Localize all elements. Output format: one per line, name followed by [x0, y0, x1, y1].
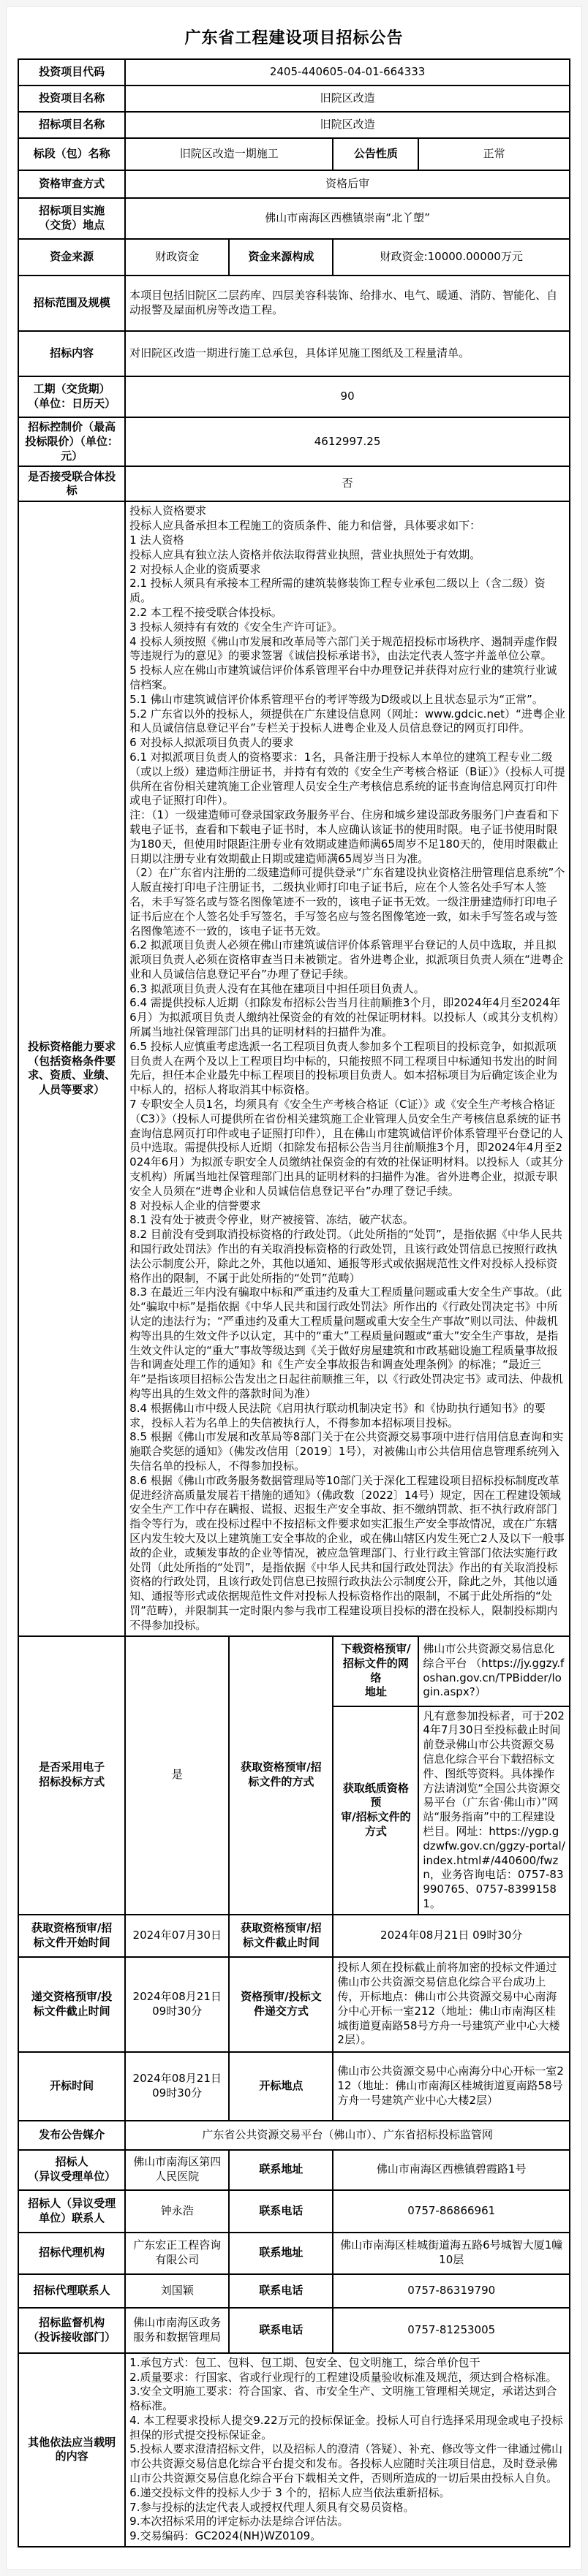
field-label-qualification-requirements: 投标资格能力要求 （包括资格条件要 求、资质、业绩、 人员等要求） — [18, 501, 125, 1635]
field-label-submission-deadline: 递交资格预审/投 标文件截止时间 — [18, 1957, 125, 2052]
field-label-tender-name: 招标项目名称 — [18, 112, 125, 138]
field-label-agency: 招标代理机构 — [18, 2233, 125, 2274]
field-label-obtain-deadline: 获取资格预审/招 标文件截止时间 — [229, 1915, 333, 1957]
field-value-funds-composition: 财政资金:10000.00000万元 — [333, 239, 570, 276]
field-label-tenderer-phone: 联系电话 — [229, 2190, 333, 2233]
row-e-bidding-download: 是否采用电子 招标投标方式 是 获取资格预审/招 标文件的方式 下载资格预审/ … — [18, 1636, 570, 1706]
row-tender-name: 招标项目名称 旧院区改造 — [18, 112, 570, 138]
field-value-tenderer: 佛山市南海区第四 人民医院 — [125, 2150, 229, 2190]
field-label-agency-contact: 招标代理联系人 — [18, 2274, 125, 2308]
field-label-other: 其他依法应当载明 的内容 — [18, 2353, 125, 2547]
field-label-content: 招标内容 — [18, 331, 125, 376]
row-announcement-media: 发布公告媒介 广东省公共资源交易平台（佛山市）、广东省招标投标监管网 — [18, 2121, 570, 2150]
field-label-e-bidding: 是否采用电子 招标投标方式 — [18, 1636, 125, 1915]
row-consortium: 是否接受联合体投 标 否 — [18, 466, 570, 501]
field-label-submission-method: 资格预审/投标文 件递交方式 — [229, 1957, 333, 2052]
field-label-paper-method: 获取纸质资格预 审/招标文件的 方式 — [333, 1706, 418, 1915]
row-location: 招标项目实施 （交货）地点 佛山市南海区西樵镇崇南“北丫塱” — [18, 198, 570, 239]
row-content: 招标内容 对旧院区改造一期进行施工总承包，具体详见施工图纸及工程量清单。 — [18, 331, 570, 376]
row-submission: 递交资格预审/投 标文件截止时间 2024年08月21日 09时30分 资格预审… — [18, 1957, 570, 2052]
field-label-obtain-start: 获取资格预审/招 标文件开始时间 — [18, 1915, 125, 1957]
field-value-investment-name: 旧院区改造 — [125, 86, 570, 112]
field-value-announcement-nature: 正常 — [418, 138, 570, 170]
field-value-paper-method: 凡有意参加投标者，可于2024年7月30日至投标截止时间前登录佛山市公共资源交易… — [418, 1706, 570, 1915]
field-label-announcement-nature: 公告性质 — [333, 138, 418, 170]
field-label-location: 招标项目实施 （交货）地点 — [18, 198, 125, 239]
field-label-investment-name: 投资项目名称 — [18, 86, 125, 112]
field-value-investment-code: 2405-440605-04-01-664333 — [125, 59, 570, 86]
field-value-control-price: 4612997.25 — [125, 417, 570, 466]
field-value-section: 旧院区改造一期施工 — [125, 138, 333, 170]
field-value-obtain-start: 2024年07月30日 — [125, 1915, 229, 1957]
field-label-funds: 资金来源 — [18, 239, 125, 276]
field-value-funds: 财政资金 — [125, 239, 229, 276]
field-label-tenderer-address: 联系地址 — [229, 2150, 333, 2190]
announcement-page: 广东省工程建设项目招标公告 投资项目代码 2405-440605-04-01-6… — [6, 6, 582, 2570]
row-tenderer-contact: 招标人（异议受理 单位）联系人 钟永浩 联系电话 0757-86866961 — [18, 2190, 570, 2233]
row-investment-code: 投资项目代码 2405-440605-04-01-664333 — [18, 59, 570, 86]
row-control-price: 招标控制价（最高投标限价）（单位：元） 4612997.25 — [18, 417, 570, 466]
row-agency-contact: 招标代理联系人 刘国颖 联系电话 0757-86319790 — [18, 2274, 570, 2308]
field-value-tenderer-phone: 0757-86866961 — [333, 2190, 570, 2233]
field-value-agency-phone: 0757-86319790 — [333, 2274, 570, 2308]
field-label-duration: 工期（交货期） （单位：日历天） — [18, 376, 125, 417]
field-label-announcement-media: 发布公告媒介 — [18, 2121, 125, 2150]
field-label-supervision-phone: 联系电话 — [229, 2308, 333, 2353]
field-label-section: 标段（包）名称 — [18, 138, 125, 170]
field-value-supervision: 佛山市南海区政务 服务和数据管理局 — [125, 2308, 229, 2353]
row-bid-opening: 开标时间 2024年08月21日 09时30分 开标地点 佛山市公共资源交易中心… — [18, 2052, 570, 2121]
field-value-tender-name: 旧院区改造 — [125, 112, 570, 138]
row-section: 标段（包）名称 旧院区改造一期施工 公告性质 正常 — [18, 138, 570, 170]
row-funds: 资金来源 财政资金 资金来源构成 财政资金:10000.00000万元 — [18, 239, 570, 276]
row-other: 其他依法应当载明 的内容 1.承包方式：包工、包料、包工期、包安全、包文明施工，… — [18, 2353, 570, 2547]
page-title: 广东省工程建设项目招标公告 — [7, 7, 581, 48]
field-value-qualification-requirements: 投标人资格要求 投标人应具备承担本工程施工的资质条件、能力和信誉，具体要求如下：… — [125, 501, 570, 1635]
field-value-consortium: 否 — [125, 466, 570, 501]
row-duration: 工期（交货期） （单位：日历天） 90 — [18, 376, 570, 417]
field-label-download-url: 下载资格预审/ 招标文件的网络 地址 — [333, 1636, 418, 1706]
row-scope: 招标范围及规模 本项目包括旧院区二层药库、四层美容科装饰、给排水、电气、暖通、消… — [18, 276, 570, 331]
field-value-obtain-deadline: 2024年08月21日 09时30分 — [333, 1915, 570, 1957]
field-value-supervision-phone: 0757-81253005 — [333, 2308, 570, 2353]
field-value-bid-opening-place: 佛山市公共资源交易中心南海分中心开标一室212（地址：佛山市南海区桂城街道夏南路… — [333, 2052, 570, 2121]
row-tenderer: 招标人 （异议受理单位） 佛山市南海区第四 人民医院 联系地址 佛山市南海区西樵… — [18, 2150, 570, 2190]
field-value-bid-opening-time: 2024年08月21日 09时30分 — [125, 2052, 229, 2121]
row-supervision: 招标监督机构 （投诉接收部门） 佛山市南海区政务 服务和数据管理局 联系电话 0… — [18, 2308, 570, 2353]
field-label-bid-opening-time: 开标时间 — [18, 2052, 125, 2121]
field-value-submission-deadline: 2024年08月21日 09时30分 — [125, 1957, 229, 2052]
row-qualification-review: 资格审查方式 资格后审 — [18, 170, 570, 198]
announcement-table: 投资项目代码 2405-440605-04-01-664333 投资项目名称 旧… — [18, 58, 570, 2547]
field-value-duration: 90 — [125, 376, 570, 417]
field-label-bid-opening-place: 开标地点 — [229, 2052, 333, 2121]
row-investment-name: 投资项目名称 旧院区改造 — [18, 86, 570, 112]
field-label-agency-phone: 联系电话 — [229, 2274, 333, 2308]
field-value-location: 佛山市南海区西樵镇崇南“北丫塱” — [125, 198, 570, 239]
field-value-submission-method: 投标人须在投标截止前将加密的投标文件通过佛山市公共资源交易信息化综合平台成功上传… — [333, 1957, 570, 2052]
row-agency: 招标代理机构 广东宏正工程咨询 有限公司 联系地址 佛山市南海区桂城街道海五路6… — [18, 2233, 570, 2274]
field-value-content: 对旧院区改造一期进行施工总承包，具体详见施工图纸及工程量清单。 — [125, 331, 570, 376]
field-value-agency-address: 佛山市南海区桂城街道海五路6号城智大厦1幢10层 — [333, 2233, 570, 2274]
field-label-consortium: 是否接受联合体投 标 — [18, 466, 125, 501]
row-qualification-requirements: 投标资格能力要求 （包括资格条件要 求、资质、业绩、 人员等要求） 投标人资格要… — [18, 501, 570, 1635]
field-value-other: 1.承包方式：包工、包料、包工期、包安全、包文明施工，综合单价包干 2.质量要求… — [125, 2353, 570, 2547]
field-value-download-url: 佛山市公共资源交易信息化综合平台 （https://jy.ggzy.foshan… — [418, 1636, 570, 1706]
field-label-tenderer-contact: 招标人（异议受理 单位）联系人 — [18, 2190, 125, 2233]
field-label-supervision: 招标监督机构 （投诉接收部门） — [18, 2308, 125, 2353]
field-value-e-bidding: 是 — [125, 1636, 229, 1915]
field-value-qualification-review: 资格后审 — [125, 170, 570, 198]
field-label-funds-composition: 资金来源构成 — [229, 239, 333, 276]
field-value-tenderer-address: 佛山市南海区西樵镇碧霞路1号 — [333, 2150, 570, 2190]
field-value-agency-contact: 刘国颖 — [125, 2274, 229, 2308]
field-label-control-price: 招标控制价（最高投标限价）（单位：元） — [18, 417, 125, 466]
field-value-scope: 本项目包括旧院区二层药库、四层美容科装饰、给排水、电气、暖通、消防、智能化、自动… — [125, 276, 570, 331]
field-value-agency: 广东宏正工程咨询 有限公司 — [125, 2233, 229, 2274]
field-label-agency-address: 联系地址 — [229, 2233, 333, 2274]
field-label-tenderer: 招标人 （异议受理单位） — [18, 2150, 125, 2190]
row-obtain-time: 获取资格预审/招 标文件开始时间 2024年07月30日 获取资格预审/招 标文… — [18, 1915, 570, 1957]
field-label-investment-code: 投资项目代码 — [18, 59, 125, 86]
field-label-scope: 招标范围及规模 — [18, 276, 125, 331]
field-value-tenderer-contact: 钟永浩 — [125, 2190, 229, 2233]
field-label-obtain-method: 获取资格预审/招 标文件的方式 — [229, 1636, 333, 1915]
field-label-qualification-review: 资格审查方式 — [18, 170, 125, 198]
field-value-announcement-media: 广东省公共资源交易平台（佛山市）、广东省招标投标监管网 — [125, 2121, 570, 2150]
